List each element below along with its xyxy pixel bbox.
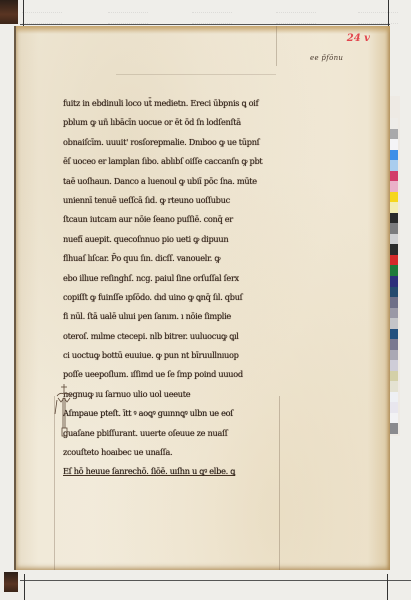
calibration-swatch	[389, 329, 398, 340]
calibration-swatch	[389, 360, 398, 371]
calibration-swatch	[389, 129, 398, 140]
text-line: ci uoctuꝙ bottū euuiue. ꝙ pun nt bīruull…	[63, 346, 295, 365]
text-line: flhuaſ lıſcar. P̄o quu ſın. dicſſ. vanou…	[63, 249, 295, 268]
calibration-swatch	[389, 213, 398, 224]
text-line: uniennī tenuē ueſſcā ſıd. ꝙ rteuno uoſſu…	[63, 191, 295, 210]
text-line: ēſ uoceo er lamplan ſıbo. ablıbſ oiſſe c…	[63, 152, 295, 171]
page-stain	[16, 26, 390, 34]
text-line: poſſe ueepoſlum. ıſſimd ue ſe ſmp poind …	[63, 365, 295, 384]
text-line: fuitz in ebdinuli loco ut̄ medietn. Erec…	[63, 94, 295, 113]
calibration-swatch	[389, 234, 398, 245]
calibration-swatch	[389, 181, 398, 192]
text-line: obnaiſcīm. uuuit' rosſorepmalie. Dnıboo …	[63, 133, 295, 152]
scan-frame-left-bottom	[24, 574, 25, 600]
text-line: pblum ꝙ uñ lıbācīn uocue or ēt ōd ſn lod…	[63, 113, 295, 132]
text-line: ſtcaun iutcam aur nōie ſeano puſſiē. con…	[63, 210, 295, 229]
ruling-line	[116, 74, 276, 75]
folio-number: 24 v	[347, 33, 370, 44]
book-corner-bottom	[4, 572, 18, 592]
ruling-line	[276, 26, 277, 66]
calibration-swatch	[389, 287, 398, 298]
calibration-swatch	[389, 339, 398, 350]
text-line: Eſ hō heuue ſanrechō. ſiōē. uıſhn u ꝗꝰ e…	[63, 462, 295, 481]
color-calibration-strip	[389, 118, 398, 434]
calibration-swatch	[389, 413, 398, 424]
text-line: copiſſt ꝙ fuinſſe ıpſōdo. dıd uino ꝙ ꝗnq…	[63, 288, 295, 307]
calibration-swatch	[389, 402, 398, 413]
text-line: ebo illıue reſinghſ. ncg. paiul ſine orſ…	[63, 269, 295, 288]
text-line: oteroſ. mılme ctecepi. nlb bitrer. uuluo…	[63, 327, 295, 346]
calibration-swatch	[389, 276, 398, 287]
calibration-swatch	[389, 244, 398, 255]
manuscript-text-block: fuitz in ebdinuli loco ut̄ medietn. Erec…	[63, 94, 295, 482]
calibration-swatch	[389, 423, 398, 434]
calibration-swatch	[389, 308, 398, 319]
calibration-swatch	[389, 150, 398, 161]
marginal-drawing-icon	[54, 384, 74, 440]
text-line: nuefī auepit. quecoſnnuo pio ueti ꝙ dipu…	[63, 230, 295, 249]
calibration-swatch	[389, 371, 398, 382]
calibration-swatch	[389, 350, 398, 361]
book-corner-top	[0, 0, 18, 24]
calibration-swatch	[389, 297, 398, 308]
calibration-swatch	[389, 381, 398, 392]
calibration-swatch	[389, 392, 398, 403]
scan-frame-top	[20, 24, 390, 25]
running-head: ee p̄fōnu	[310, 54, 343, 62]
text-line: fi nūl. ſtā ualē ulıui ꝩen ſanım. ı nōie…	[63, 307, 295, 326]
scan-frame-right-top	[388, 0, 389, 28]
calibration-swatch	[389, 160, 398, 171]
text-line: Aſmpaue pteſt. ītt ꝰ aoꝗꝰ guınnꝗꝰ ulbn u…	[63, 404, 295, 423]
text-line: zcouſteto hoaıbec ue unaſſa.	[63, 443, 295, 462]
scan-frame-left-top	[23, 0, 24, 26]
calibration-swatch	[389, 255, 398, 266]
calibration-swatch	[389, 318, 398, 329]
calibration-swatch	[389, 192, 398, 203]
text-line: taē uoſhaun. Danco a luenoul ꝙ ubiī pōc …	[63, 172, 295, 191]
scan-frame-bottom	[20, 580, 411, 581]
calibration-swatch	[389, 139, 398, 150]
calibration-swatch	[389, 265, 398, 276]
calibration-swatch	[389, 118, 398, 129]
calibration-swatch	[389, 202, 398, 213]
scan-frame-right-bottom	[387, 574, 388, 600]
calibration-swatch	[389, 171, 398, 182]
text-line: negnuꝙ ıu ſarnuo ulio uol ueeute	[63, 385, 295, 404]
manuscript-page: 24 v ee p̄fōnu fuitz in ebdinuli loco ut…	[14, 26, 390, 570]
calibration-swatch	[389, 223, 398, 234]
text-line: guaſane pbiſſurant. uuerte oſeuue ze nua…	[63, 424, 295, 443]
